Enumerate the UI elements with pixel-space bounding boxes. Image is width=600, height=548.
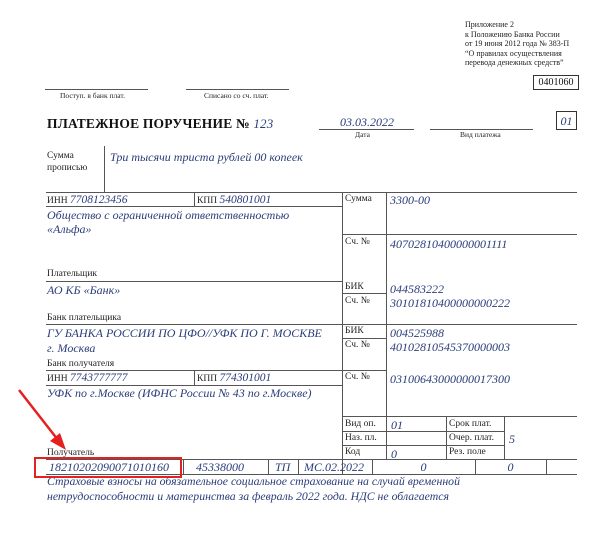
payee-bank-account: 40102810545370000003 xyxy=(390,340,510,355)
appendix-line: от 19 июня 2012 года № 383-П xyxy=(465,39,569,49)
op-type-label: Вид оп. xyxy=(345,419,376,429)
amount-words-label-2: прописью xyxy=(47,162,87,174)
appendix-line: перевода денежных средств” xyxy=(465,58,569,68)
code-label: Код xyxy=(345,447,360,457)
form-code: 0401060 xyxy=(533,75,579,90)
payer-account-label: Сч. № xyxy=(345,237,370,247)
payment-number: 123 xyxy=(253,116,273,131)
payee-bank-bik-label: БИК xyxy=(345,326,364,336)
appendix-note: Приложение 2 к Положению Банка России от… xyxy=(465,20,569,68)
payee-kpp-value: 774301001 xyxy=(219,372,271,384)
payee-kpp-label: КПП xyxy=(197,374,217,384)
payer-kpp-label: КПП xyxy=(197,196,217,206)
debited-label: Списано со сч. плат. xyxy=(204,91,269,100)
grid-line xyxy=(46,281,342,282)
purpose-code-label: Наз. пл. xyxy=(345,433,377,443)
doc-date-value: 0 xyxy=(475,460,546,475)
title-text: ПЛАТЕЖНОЕ ПОРУЧЕНИЕ № xyxy=(47,116,250,131)
payer-name: Общество с ограниченной ответственностью… xyxy=(47,208,289,236)
grid-line xyxy=(268,459,269,474)
kbk-highlight-box xyxy=(34,457,182,478)
oktmo-value: 45338000 xyxy=(196,460,244,475)
payer-bank-label: Банк плательщика xyxy=(47,313,121,323)
grid-line xyxy=(342,192,343,474)
grid-line xyxy=(342,338,386,339)
reserve-label: Рез. поле xyxy=(449,447,486,457)
payer-bank-bik-label: БИК xyxy=(345,282,364,292)
payee-name: УФК по г.Москве (ИФНС России № 43 по г.М… xyxy=(47,386,312,401)
payee-bank-name-line-1: ГУ БАНКА РОССИИ ПО ЦФО//УФК ПО Г. МОСКВЕ xyxy=(47,326,322,341)
status-code: 01 xyxy=(561,114,573,128)
amount-words-label-1: Сумма xyxy=(47,150,87,162)
grid-line xyxy=(342,431,504,432)
payee-bank-name: ГУ БАНКА РОССИИ ПО ЦФО//УФК ПО Г. МОСКВЕ… xyxy=(47,326,322,356)
amount-words-label: Сумма прописью xyxy=(47,150,87,174)
basis-value: ТП xyxy=(275,460,290,475)
payment-purpose: Страховые взносы на обязательное социаль… xyxy=(47,474,460,504)
payer-inn-value: 7708123456 xyxy=(70,194,128,206)
payment-purpose-line-2: нетрудоспособности и материнства за февр… xyxy=(47,489,460,504)
amount-label: Сумма xyxy=(345,194,372,204)
payee-account-label: Сч. № xyxy=(345,372,370,382)
grid-line xyxy=(183,459,184,474)
grid-line xyxy=(298,459,299,474)
payer-kpp: КПП 540801001 xyxy=(197,194,271,206)
payee-bank-bik: 004525988 xyxy=(390,326,444,341)
grid-line xyxy=(46,192,577,193)
payment-type-label: Вид платежа xyxy=(460,130,501,139)
appendix-line: “О правилах осуществления xyxy=(465,49,569,59)
appendix-line: Приложение 2 xyxy=(465,20,569,30)
term-label: Срок плат. xyxy=(449,419,491,429)
grid-line xyxy=(342,416,577,417)
received-line xyxy=(45,89,148,90)
payer-bank-account-label: Сч. № xyxy=(345,296,370,306)
received-label: Поступ. в банк плат. xyxy=(60,91,125,100)
op-type-value: 01 xyxy=(391,418,403,433)
payer-bank-name: АО КБ «Банк» xyxy=(47,283,120,298)
payee-kpp: КПП 774301001 xyxy=(197,372,271,384)
grid-line xyxy=(46,324,577,325)
grid-line xyxy=(504,416,505,459)
payer-bank-account: 30101810400000000222 xyxy=(390,296,510,311)
payer-inn: ИНН 7708123456 xyxy=(47,194,127,206)
grid-line xyxy=(194,370,195,385)
payer-label: Плательщик xyxy=(47,269,97,279)
grid-line xyxy=(342,293,386,294)
payer-name-line-1: Общество с ограниченной ответственностью xyxy=(47,208,289,222)
debited-line xyxy=(186,89,289,90)
payment-date: 03.03.2022 xyxy=(340,115,392,130)
grid-line xyxy=(342,445,504,446)
appendix-line: к Положению Банка России xyxy=(465,30,569,40)
payer-account-value: 40702810400000001111 xyxy=(390,237,507,252)
payee-bank-name-line-2: г. Москва xyxy=(47,341,322,356)
payee-bank-label: Банк получателя xyxy=(47,359,114,369)
payee-bank-account-label: Сч. № xyxy=(345,340,370,350)
payer-inn-label: ИНН xyxy=(47,196,68,206)
period-value: МС.02.2022 xyxy=(304,460,364,475)
payer-bank-bik: 044583222 xyxy=(390,282,444,297)
priority-label: Очер. плат. xyxy=(449,433,494,443)
status-code-box: 01 xyxy=(556,111,577,130)
grid-line xyxy=(194,192,195,206)
annotation-arrow-icon xyxy=(0,380,80,460)
payer-kpp-value: 540801001 xyxy=(219,194,271,206)
grid-line xyxy=(342,234,577,235)
priority-value: 5 xyxy=(509,432,515,447)
date-label: Дата xyxy=(355,130,370,139)
grid-line xyxy=(546,459,547,474)
amount-value: 3300-00 xyxy=(390,193,430,208)
amount-words-value: Три тысячи триста рублей 00 копеек xyxy=(110,150,303,165)
payer-name-line-2: «Альфа» xyxy=(47,222,289,236)
doc-number-value: 0 xyxy=(372,460,475,475)
grid-line xyxy=(342,370,386,371)
grid-line xyxy=(386,192,387,459)
grid-line xyxy=(46,206,342,207)
grid-line xyxy=(446,416,447,459)
divider xyxy=(104,146,105,192)
page-title: ПЛАТЕЖНОЕ ПОРУЧЕНИЕ № 123 xyxy=(47,116,273,132)
payee-account: 03100643000000017300 xyxy=(390,372,510,387)
